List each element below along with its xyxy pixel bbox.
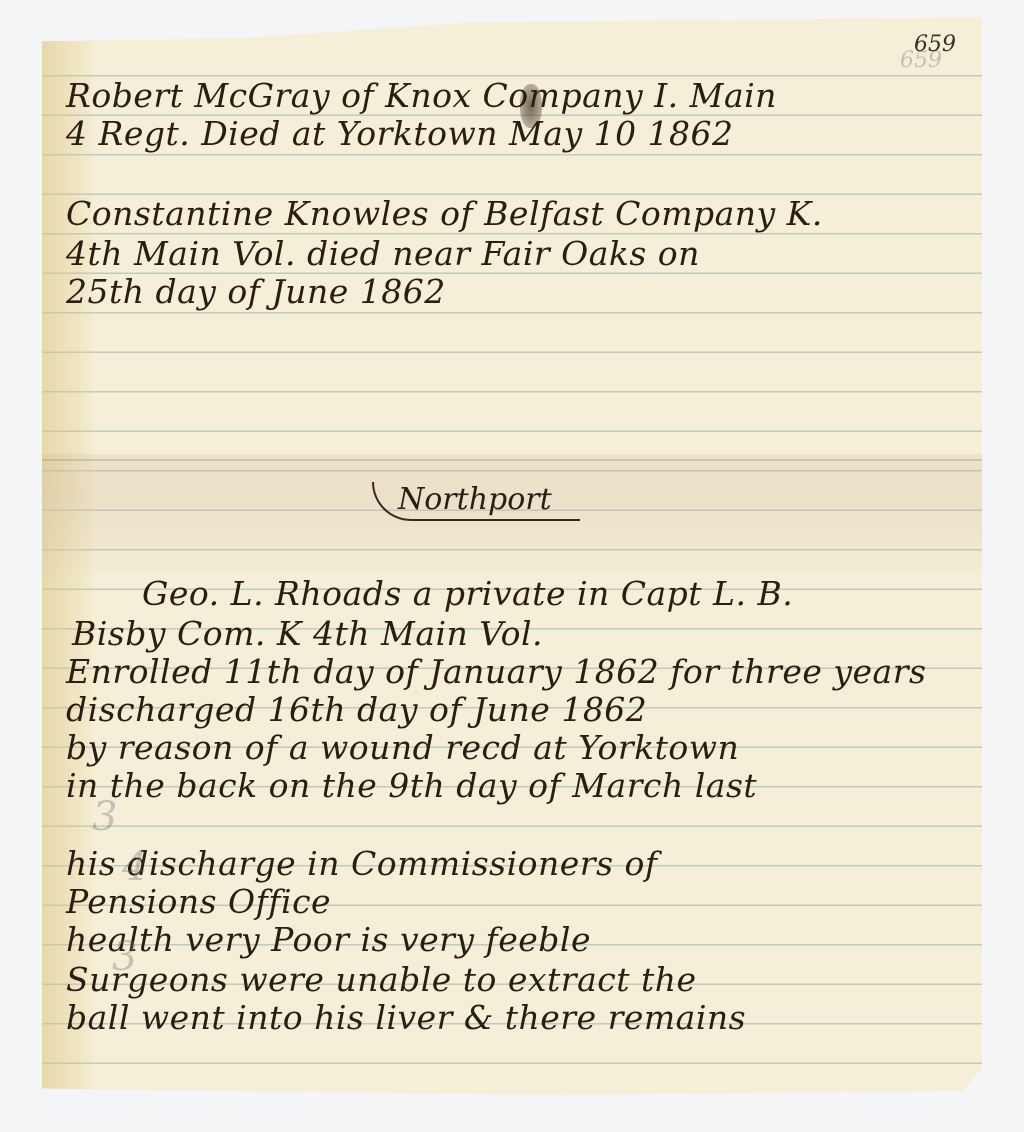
entry-2-line-3: 25th day of June 1862 [66, 272, 446, 311]
pencil-mark: 3 [92, 794, 117, 840]
section-line-7: his discharge in Commissioners of [66, 844, 658, 883]
section-line-4: discharged 16th day of June 1862 [66, 690, 647, 729]
manuscript-page: 659 659 Robert McGray of Knox Company I.… [42, 14, 982, 1106]
fold-line [42, 459, 982, 461]
section-line-1: Geo. L. Rhoads a private in Capt L. B. [142, 574, 793, 613]
pencil-mark: 3 [112, 934, 137, 980]
page-number: 659 [914, 32, 956, 57]
section-line-2: Bisby Com. K 4th Main Vol. [72, 614, 543, 653]
section-line-9: health very Poor is very feeble [66, 920, 591, 959]
section-line-3: Enrolled 11th day of January 1862 for th… [66, 652, 926, 691]
section-line-8: Pensions Office [66, 882, 331, 921]
entry-2-line-2: 4th Main Vol. died near Fair Oaks on [66, 234, 700, 273]
entry-1-line-2: 4 Regt. Died at Yorktown May 10 1862 [66, 114, 734, 153]
section-line-5: by reason of a wound recd at Yorktown [66, 728, 739, 767]
section-heading: Northport [372, 482, 580, 521]
section-line-10: Surgeons were unable to extract the [66, 960, 697, 999]
entry-2-line-1: Constantine Knowles of Belfast Company K… [66, 194, 823, 233]
pencil-mark: 4 [122, 844, 147, 890]
entry-1-line-1: Robert McGray of Knox Company I. Main [66, 76, 777, 115]
section-line-11: ball went into his liver & there remains [66, 998, 746, 1037]
section-line-6: in the back on the 9th day of March last [66, 766, 757, 805]
